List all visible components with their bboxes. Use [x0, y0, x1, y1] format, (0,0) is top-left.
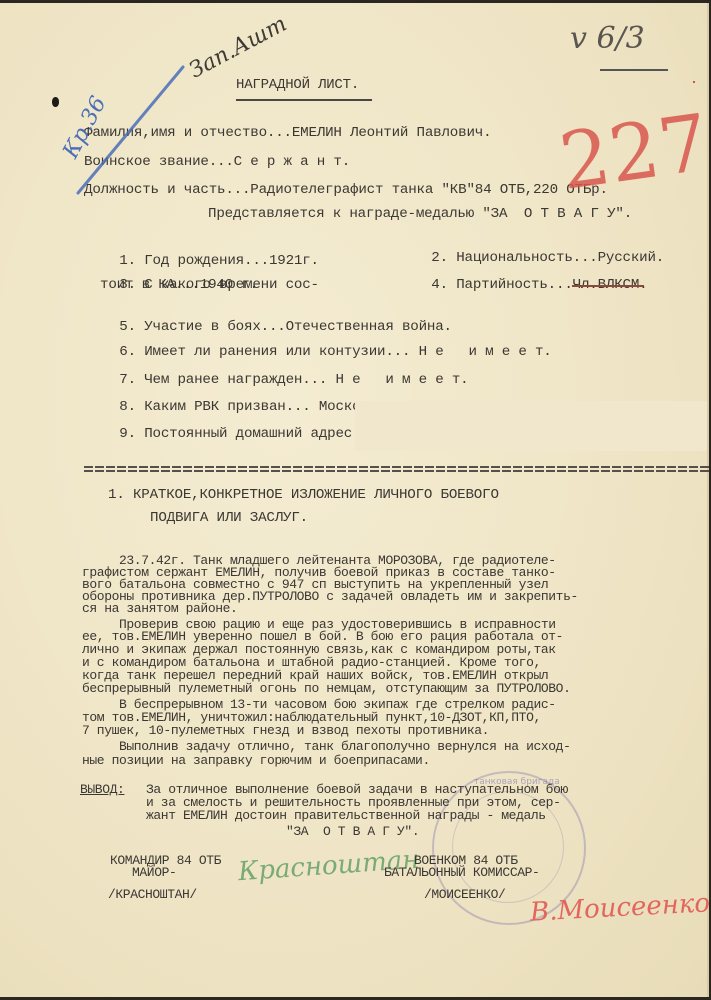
blue-pencil-slash — [0, 3, 707, 997]
award-sheet: НАГРАДНОЙ ЛИСТ. Фамилия,имя и отчество..… — [0, 3, 709, 997]
